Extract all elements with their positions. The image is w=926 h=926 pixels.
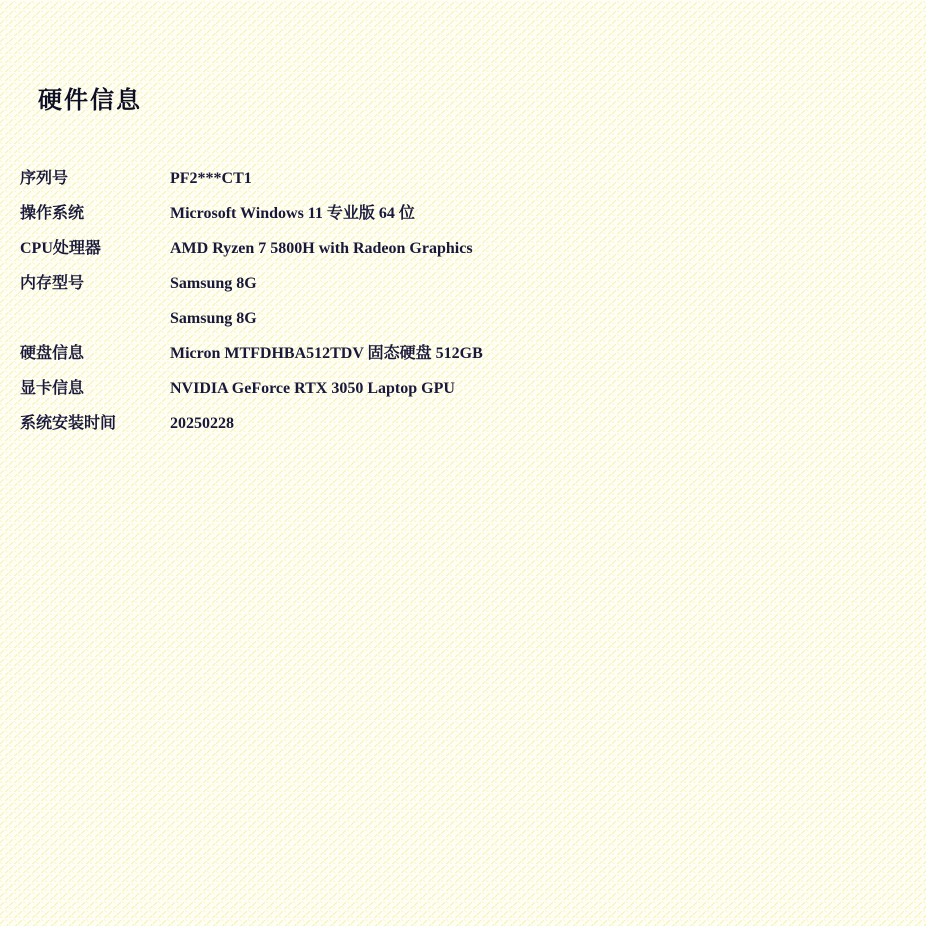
info-value: AMD Ryzen 7 5800H with Radeon Graphics [170,231,473,266]
info-value: 20250228 [170,406,234,441]
info-label: 硬盘信息 [0,336,170,371]
info-row-operating-system: 操作系统 Microsoft Windows 11 专业版 64 位 [0,196,926,231]
info-row-cpu: CPU处理器 AMD Ryzen 7 5800H with Radeon Gra… [0,231,926,266]
info-value: NVIDIA GeForce RTX 3050 Laptop GPU [170,371,455,406]
info-label [0,301,170,336]
info-row-gpu: 显卡信息 NVIDIA GeForce RTX 3050 Laptop GPU [0,371,926,406]
info-label: 序列号 [0,161,170,196]
info-label: 内存型号 [0,266,170,301]
info-row-disk: 硬盘信息 Micron MTFDHBA512TDV 固态硬盘 512GB [0,336,926,371]
info-label: 操作系统 [0,196,170,231]
info-label: 显卡信息 [0,371,170,406]
info-label: CPU处理器 [0,231,170,266]
info-row-install-date: 系统安装时间 20250228 [0,406,926,441]
info-row-memory-1: 内存型号 Samsung 8G [0,266,926,301]
info-row-serial-number: 序列号 PF2***CT1 [0,161,926,196]
hardware-info-page: 硬件信息 序列号 PF2***CT1 操作系统 Microsoft Window… [0,0,926,926]
page-title: 硬件信息 [38,80,142,115]
hardware-info-list: 序列号 PF2***CT1 操作系统 Microsoft Windows 11 … [0,161,926,441]
info-value: Samsung 8G [170,301,257,336]
info-label: 系统安装时间 [0,406,170,441]
info-value: Samsung 8G [170,266,257,301]
info-row-memory-2: Samsung 8G [0,301,926,336]
info-value: Microsoft Windows 11 专业版 64 位 [170,196,415,231]
info-value: Micron MTFDHBA512TDV 固态硬盘 512GB [170,336,483,371]
info-value: PF2***CT1 [170,161,252,196]
